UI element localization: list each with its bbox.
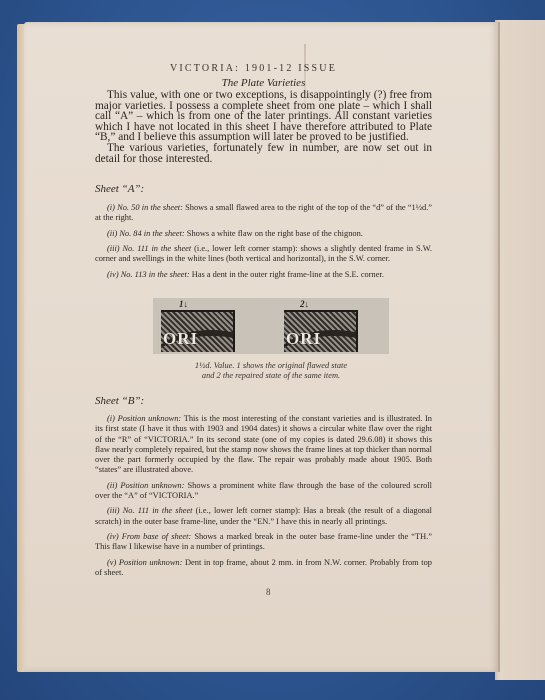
sheet-b-heading: Sheet “B”: (95, 395, 432, 407)
stamp-text: ORI (286, 329, 321, 349)
item-text: This is the most interesting of the cons… (95, 414, 432, 474)
sheet-a-item: (i) No. 50 in the sheet: Shows a small f… (95, 203, 432, 224)
stamp-repaired-image: ORI (284, 310, 358, 352)
item-lead: (ii) Position unknown: (107, 481, 184, 490)
item-lead: (iv) No. 113 in the sheet: (107, 270, 190, 279)
intro-paragraph-1: This value, with one or two exceptions, … (95, 90, 432, 143)
running-head: VICTORIA: 1901-12 ISSUE (75, 63, 432, 74)
item-lead: (iii) No. 111 in the sheet (107, 506, 193, 515)
figure-caption: 1½d. Value. 1 shows the original flawed … (153, 361, 389, 381)
marker-2: 2↓ (300, 299, 309, 309)
caption-line-1: 1½d. Value. 1 shows the original flawed … (153, 361, 389, 371)
sheet-b-item: (iii) No. 111 in the sheet (i.e., lower … (95, 506, 432, 527)
sheet-a-item: (iii) No. 111 in the sheet (i.e., lower … (95, 244, 432, 265)
item-lead: (v) Position unknown: (107, 558, 182, 567)
sheet-a-heading: Sheet “A”: (95, 183, 432, 195)
sheet-b-item: (ii) Position unknown: Shows a prominent… (95, 481, 432, 502)
page-number: 8 (266, 587, 271, 597)
sheet-b-item: (iv) From base of sheet: Shows a marked … (95, 532, 432, 553)
section-title: The Plate Varieties (95, 77, 432, 89)
item-lead: (ii) No. 84 in the sheet: (107, 229, 185, 238)
facing-page-edge (495, 20, 545, 680)
sheet-b-item: (v) Position unknown: Dent in top frame,… (95, 558, 432, 579)
item-lead: (i) Position unknown: (107, 414, 181, 423)
sheet-a-item: (ii) No. 84 in the sheet: Shows a white … (95, 229, 432, 239)
item-lead: (iii) No. 111 in the sheet (107, 244, 191, 253)
marker-1: 1↓ (179, 299, 188, 309)
item-lead: (iv) From base of sheet: (107, 532, 191, 541)
caption-line-2: and 2 the repaired state of the same ite… (153, 371, 389, 381)
intro-paragraph-2: The various varieties, fortunately few i… (95, 143, 432, 164)
item-text: Shows a white flaw on the right base of … (185, 229, 363, 238)
sheet-a-item: (iv) No. 113 in the sheet: Has a dent in… (95, 270, 432, 280)
page-content: VICTORIA: 1901-12 ISSUE The Plate Variet… (95, 63, 432, 285)
item-lead: (i) No. 50 in the sheet: (107, 203, 183, 212)
sheet-b-item: (i) Position unknown: This is the most i… (95, 414, 432, 476)
sheet-b-section: Sheet “B”: (i) Position unknown: This is… (95, 395, 432, 583)
stamp-illustration: 1↓ 2↓ ORI ORI (153, 298, 389, 354)
item-text: Has a dent in the outer right frame-line… (190, 270, 384, 279)
stamp-text: ORI (163, 329, 198, 349)
stamp-flawed-image: ORI (161, 310, 235, 352)
